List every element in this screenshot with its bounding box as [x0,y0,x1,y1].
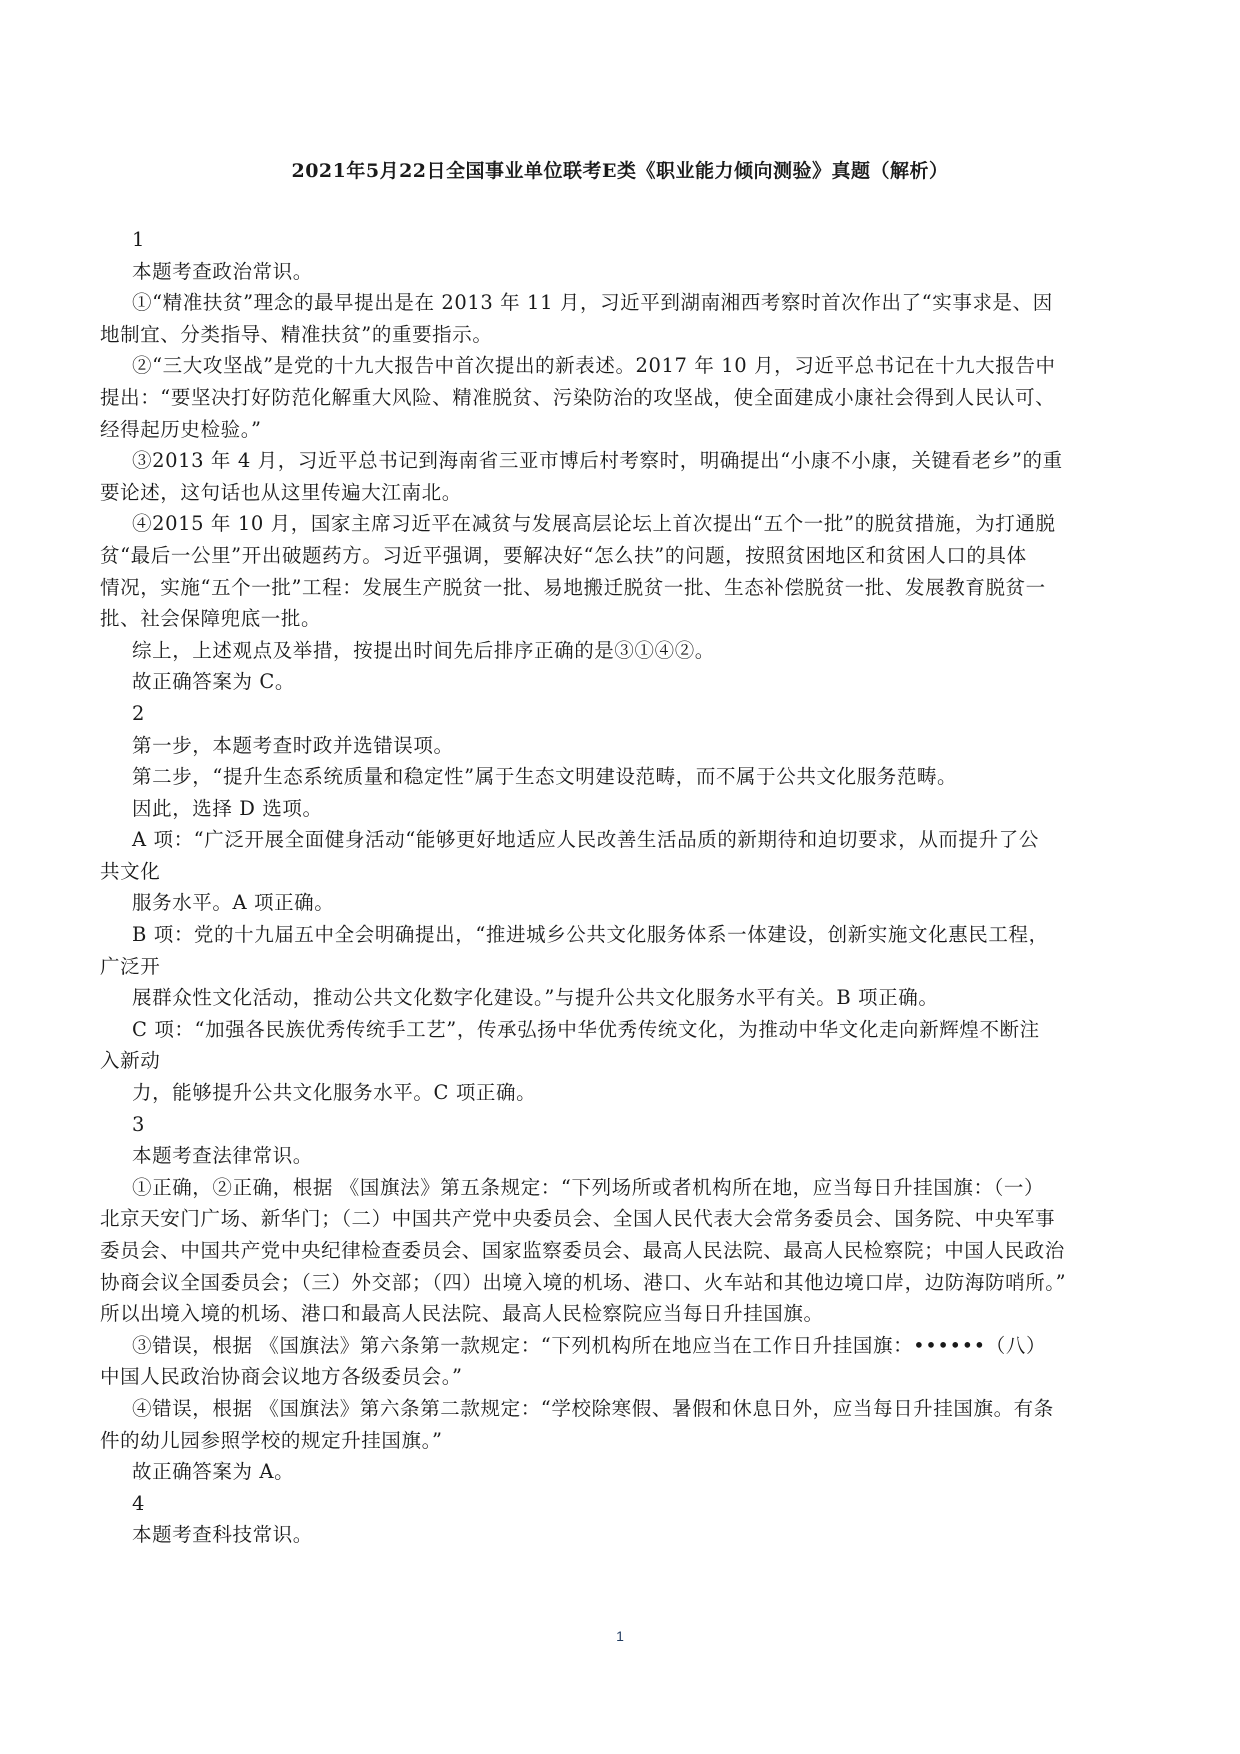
text-line: 服务水平。A 项正确。 [100,887,1150,919]
text-line: 4 [100,1488,1150,1520]
text-line: ③错误，根据 《国旗法》第六条第一款规定：“下列机构所在地应当在工作日升挂国旗：… [100,1330,1150,1362]
text-line: 因此，选择 D 选项。 [100,793,1150,825]
page-number: 1 [0,1628,1240,1644]
text-line: 入新动 [100,1045,1150,1077]
text-line: 广泛开 [100,951,1150,983]
text-line: ②“三大攻坚战”是党的十九大报告中首次提出的新表述。2017 年 10 月，习近… [100,350,1150,382]
text-line: ④错误，根据 《国旗法》第六条第二款规定：“学校除寒假、暑假和休息日外，应当每日… [100,1393,1150,1425]
text-line: 要论述，这句话也从这里传遍大江南北。 [100,477,1150,509]
text-line: 提出：“要坚决打好防范化解重大风险、精准脱贫、污染防治的攻坚战，使全面建成小康社… [100,382,1150,414]
text-line: 批、社会保障兜底一批。 [100,603,1150,635]
document-title: 2021年5月22日全国事业单位联考E类《职业能力倾向测验》真题（解析） [0,158,1240,184]
text-line: ④2015 年 10 月，国家主席习近平在减贫与发展高层论坛上首次提出“五个一批… [100,508,1150,540]
text-line: 综上，上述观点及举措，按提出时间先后排序正确的是③①④②。 [100,635,1150,667]
text-line: 本题考查科技常识。 [100,1519,1150,1551]
text-line: 贫“最后一公里”开出破题药方。习近平强调，要解决好“怎么扶”的问题，按照贫困地区… [100,540,1150,572]
text-line: B 项：党的十九届五中全会明确提出，“推进城乡公共文化服务体系一体建设，创新实施… [100,919,1150,951]
text-line: 本题考查政治常识。 [100,256,1150,288]
document-body: 1本题考查政治常识。①“精准扶贫”理念的最早提出是在 2013 年 11 月，习… [100,224,1150,1551]
text-line: 故正确答案为 A。 [100,1456,1150,1488]
text-line: C 项：“加强各民族优秀传统手工艺”，传承弘扬中华优秀传统文化，为推动中华文化走… [100,1014,1150,1046]
text-line: 中国人民政治协商会议地方各级委员会。” [100,1361,1150,1393]
text-line: 所以出境入境的机场、港口和最高人民法院、最高人民检察院应当每日升挂国旗。 [100,1298,1150,1330]
text-line: ③2013 年 4 月，习近平总书记到海南省三亚市博后村考察时，明确提出“小康不… [100,445,1150,477]
text-line: 第二步，“提升生态系统质量和稳定性”属于生态文明建设范畴，而不属于公共文化服务范… [100,761,1150,793]
document-page: 2021年5月22日全国事业单位联考E类《职业能力倾向测验》真题（解析） 1本题… [0,0,1240,1754]
text-line: 1 [100,224,1150,256]
text-line: 3 [100,1109,1150,1141]
text-line: 经得起历史检验。” [100,414,1150,446]
text-line: ①正确，②正确，根据 《国旗法》第五条规定：“下列场所或者机构所在地，应当每日升… [100,1172,1150,1204]
text-line: 协商会议全国委员会；（三）外交部；（四）出境入境的机场、港口、火车站和其他边境口… [100,1267,1150,1299]
text-line: ①“精准扶贫”理念的最早提出是在 2013 年 11 月，习近平到湖南湘西考察时… [100,287,1150,319]
text-line: 2 [100,698,1150,730]
text-line: 件的幼儿园参照学校的规定升挂国旗。” [100,1425,1150,1457]
text-line: 故正确答案为 C。 [100,666,1150,698]
text-line: 展群众性文化活动，推动公共文化数字化建设。”与提升公共文化服务水平有关。B 项正… [100,982,1150,1014]
text-line: 第一步，本题考查时政并选错误项。 [100,730,1150,762]
text-line: 委员会、中国共产党中央纪律检查委员会、国家监察委员会、最高人民法院、最高人民检察… [100,1235,1150,1267]
text-line: 力，能够提升公共文化服务水平。C 项正确。 [100,1077,1150,1109]
text-line: 共文化 [100,856,1150,888]
text-line: 情况，实施“五个一批”工程：发展生产脱贫一批、易地搬迁脱贫一批、生态补偿脱贫一批… [100,572,1150,604]
text-line: A 项：“广泛开展全面健身活动“能够更好地适应人民改善生活品质的新期待和迫切要求… [100,824,1150,856]
text-line: 本题考查法律常识。 [100,1140,1150,1172]
text-line: 地制宜、分类指导、精准扶贫”的重要指示。 [100,319,1150,351]
text-line: 北京天安门广场、新华门；（二）中国共产党中央委员会、全国人民代表大会常务委员会、… [100,1203,1150,1235]
